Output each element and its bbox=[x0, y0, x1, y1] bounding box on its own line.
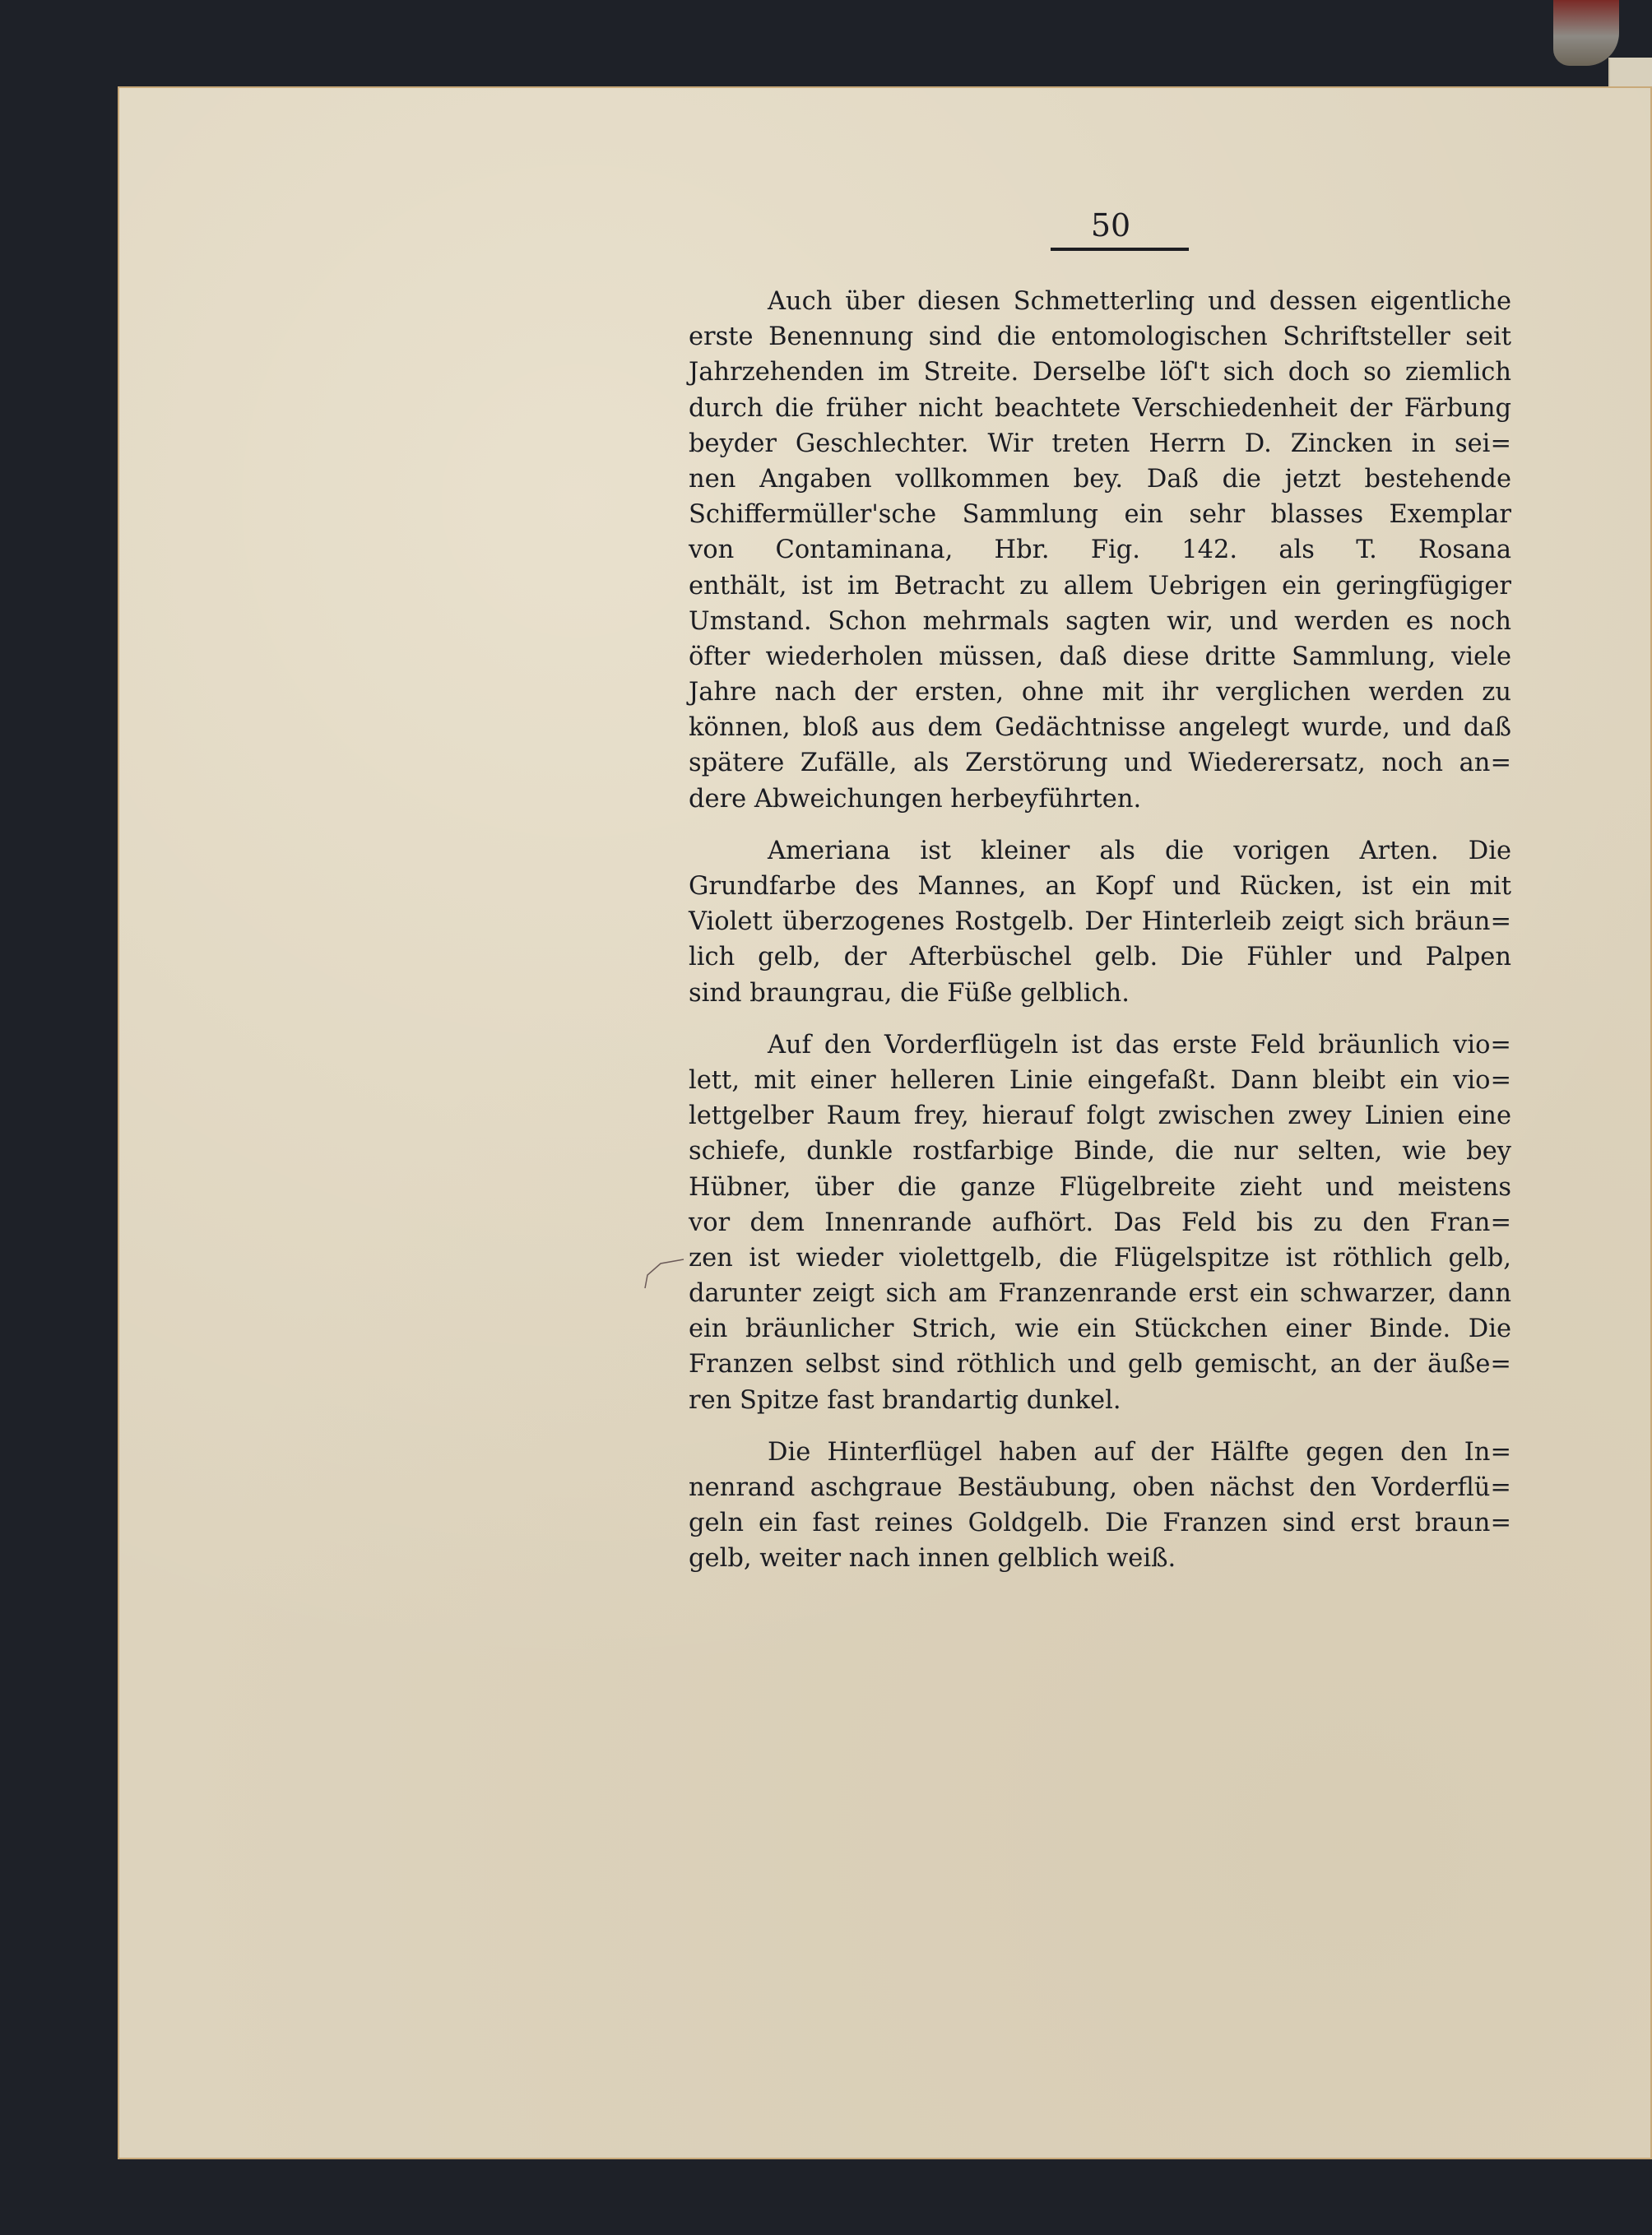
page-number-rule bbox=[1051, 248, 1189, 251]
text-line: Hübner, über die ganze Flügelbreite zieh… bbox=[689, 1170, 1511, 1205]
text-line: Grundfarbe des Mannes, an Kopf und Rücke… bbox=[689, 869, 1511, 904]
text-line: Violett überzogenes Rostgelb. Der Hinter… bbox=[689, 904, 1511, 939]
page-number: 50 bbox=[1049, 207, 1172, 243]
text-line: Schiffermüller'sche Sammlung ein sehr bl… bbox=[689, 497, 1511, 532]
text-line: spätere Zufälle, als Zerstörung und Wied… bbox=[689, 745, 1511, 781]
body-text: Auch über diesen Schmetterling und desse… bbox=[689, 284, 1511, 1577]
text-line: Jahre nach der ersten, ohne mit ihr verg… bbox=[689, 675, 1511, 710]
text-line: sind braungrau, die Füße gelblich. bbox=[689, 976, 1511, 1011]
text-line: Franzen selbst sind röthlich und gelb ge… bbox=[689, 1347, 1511, 1382]
text-line: enthält, ist im Betracht zu allem Uebrig… bbox=[689, 568, 1511, 604]
pen-mark-decoration bbox=[636, 1257, 685, 1298]
text-line: lett, mit einer helleren Linie eingefaßt… bbox=[689, 1063, 1511, 1098]
text-line: Ameriana ist kleiner als die vorigen Art… bbox=[689, 833, 1511, 869]
text-line: lettgelber Raum frey, hierauf folgt zwis… bbox=[689, 1098, 1511, 1134]
paragraph-hindwings: Die Hinterflügel haben auf der Hälfte ge… bbox=[689, 1435, 1511, 1577]
paragraph-contaminana: Auch über diesen Schmetterling und desse… bbox=[689, 284, 1511, 817]
text-line: beyder Geschlechter. Wir treten Herrn D.… bbox=[689, 426, 1511, 461]
text-line: ein bräunlicher Strich, wie ein Stückche… bbox=[689, 1311, 1511, 1347]
text-line: darunter zeigt sich am Franzenrande erst… bbox=[689, 1276, 1511, 1311]
text-line: dere Abweichungen herbeyführten. bbox=[689, 781, 1511, 817]
text-line: geln ein fast reines Goldgelb. Die Franz… bbox=[689, 1505, 1511, 1541]
text-line: gelb, weiter nach innen gelblich weiß. bbox=[689, 1541, 1511, 1576]
text-line: Auf den Vorderflügeln ist das erste Feld… bbox=[689, 1027, 1511, 1063]
paragraph-ameriana: Ameriana ist kleiner als die vorigen Art… bbox=[689, 833, 1511, 1011]
text-line: ren Spitze fast brandartig dunkel. bbox=[689, 1383, 1511, 1418]
text-line: lich gelb, der Afterbüschel gelb. Die Fü… bbox=[689, 939, 1511, 975]
text-line: können, bloß aus dem Gedächtnisse angele… bbox=[689, 710, 1511, 745]
text-line: zen ist wieder violettgelb, die Flügelsp… bbox=[689, 1240, 1511, 1276]
text-line: schiefe, dunkle rostfarbige Binde, die n… bbox=[689, 1134, 1511, 1169]
text-line: öfter wiederholen müssen, daß diese drit… bbox=[689, 639, 1511, 675]
bookmark-ribbon bbox=[1553, 0, 1619, 66]
text-line: durch die früher nicht beachtete Verschi… bbox=[689, 391, 1511, 426]
text-line: erste Benennung sind die entomologischen… bbox=[689, 319, 1511, 355]
text-line: Auch über diesen Schmetterling und desse… bbox=[689, 284, 1511, 319]
text-line: von Contaminana, Hbr. Fig. 142. als T. R… bbox=[689, 532, 1511, 568]
text-line: vor dem Innenrande aufhört. Das Feld bis… bbox=[689, 1205, 1511, 1240]
text-line: Umstand. Schon mehrmals sagten wir, und … bbox=[689, 604, 1511, 639]
text-line: Die Hinterflügel haben auf der Hälfte ge… bbox=[689, 1435, 1511, 1470]
paragraph-forewings: Auf den Vorderflügeln ist das erste Feld… bbox=[689, 1027, 1511, 1418]
text-line: Jahrzehenden im Streite. Derselbe löſ't … bbox=[689, 355, 1511, 390]
text-line: nen Angaben vollkommen bey. Daß die jetz… bbox=[689, 461, 1511, 497]
text-line: nenrand aschgraue Bestäubung, oben nächs… bbox=[689, 1470, 1511, 1505]
